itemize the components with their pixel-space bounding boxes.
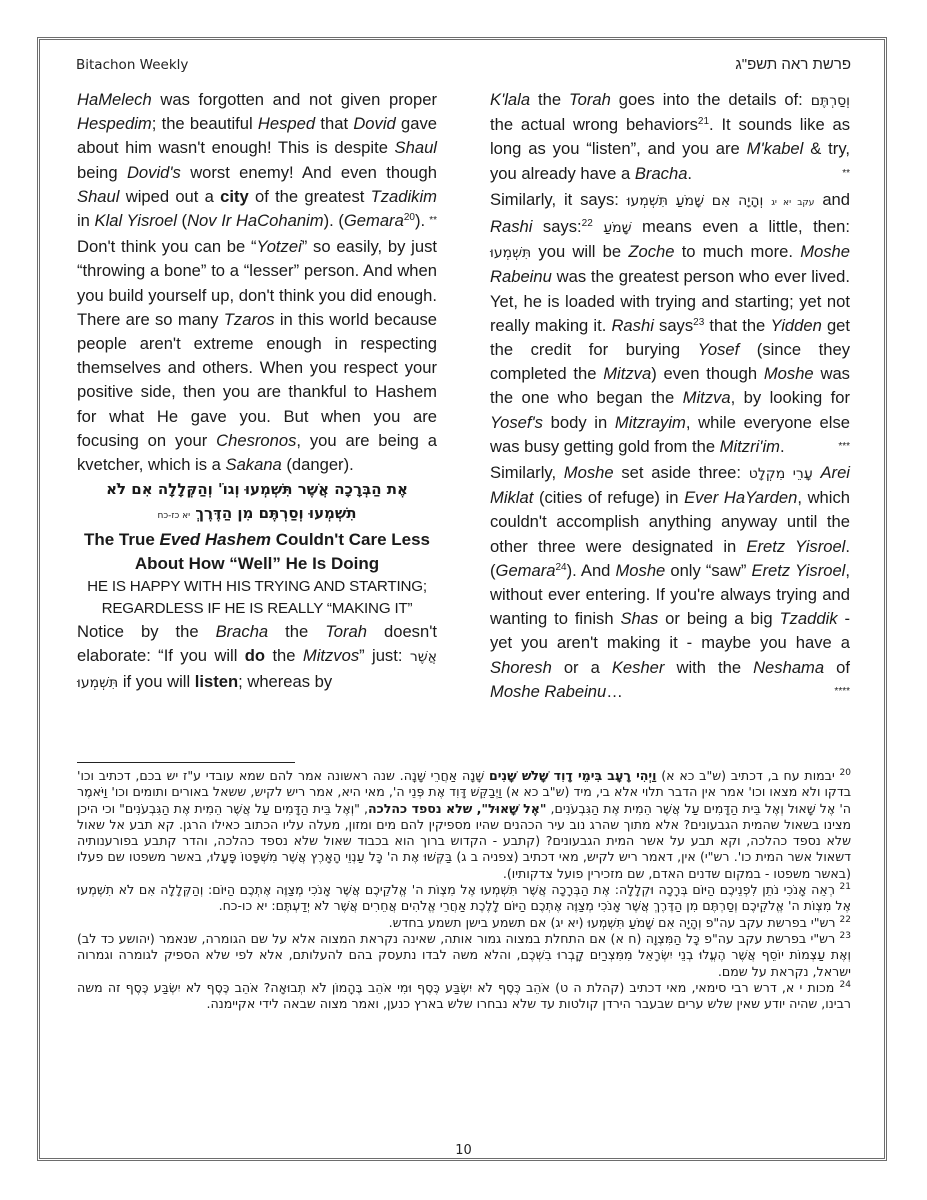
section-separator: *** <box>838 435 850 459</box>
footnote-number: 23 <box>840 931 851 941</box>
footnote-separator <box>77 762 295 763</box>
section-separator: ** <box>842 162 850 186</box>
paragraph: Notice by the Bracha the Torah doesn't e… <box>77 620 437 695</box>
verse-quote: אֶת הַבְּרָכָה אֲשֶׁר תִּשְׁמְעוּ וְגוֹ'… <box>77 477 437 528</box>
paragraph: K'lala the Torah goes into the details o… <box>490 88 850 186</box>
footnote-number: 21 <box>840 882 851 892</box>
section-headline: The True Eved Hashem Couldn't Care Less … <box>77 528 437 576</box>
footnote-24: 24 מכות י א, דרש רבי סימאי, מאי דכתיב (ק… <box>77 980 851 1013</box>
footnote-22: 22 רש"י בפרשת עקב עה"פ וְהָיָה אִם שָׁמֹ… <box>77 915 851 931</box>
footnote-ref[interactable]: 21 <box>698 116 709 127</box>
newsletter-title: Bitachon Weekly <box>76 57 188 73</box>
footnote-ref[interactable]: 23 <box>693 317 704 328</box>
parsha-title: פרשת ראה תשפ"ג <box>735 56 851 73</box>
paragraph: Don't think you can be “Yotzei” so easil… <box>77 235 437 477</box>
verse-reference: יא כז-כח <box>157 511 190 521</box>
verse-reference: עקב יא יג <box>771 198 814 208</box>
footnote-ref[interactable]: 20 <box>404 212 415 223</box>
left-column: HaMelech was forgotten and not given pro… <box>77 88 437 695</box>
footnote-23: 23 רש"י בפרשת עקב עה"פ כָּל הַמִּצְוָה (… <box>77 931 851 980</box>
footnote-number: 24 <box>840 980 851 990</box>
footnotes: 20 יבמות עח ב, דכתיב (ש"ב כא א) וַיְהִי … <box>77 768 851 1012</box>
footnote-ref[interactable]: 24 <box>555 562 566 573</box>
paragraph: Similarly, it says: וְהָיָה אִם שָׁמֹעַ … <box>490 188 850 459</box>
footnote-20: 20 יבמות עח ב, דכתיב (ש"ב כא א) וַיְהִי … <box>77 768 851 882</box>
paragraph: HaMelech was forgotten and not given pro… <box>77 88 437 233</box>
right-column: K'lala the Torah goes into the details o… <box>490 88 850 704</box>
section-separator: **** <box>834 680 850 704</box>
footnote-21: 21 רְאֵה אָנֹכִי נֹתֵן לִפְנֵיכֶם הַיּוֹ… <box>77 882 851 915</box>
paragraph: Similarly, Moshe set aside three: עָרֵי … <box>490 461 850 704</box>
footnote-number: 20 <box>840 768 851 778</box>
section-separator: ** <box>429 209 437 233</box>
footnote-number: 22 <box>840 915 851 925</box>
section-subheadline: HE IS HAPPY WITH HIS TRYING AND STARTING… <box>77 576 437 620</box>
page-number: 10 <box>0 1143 927 1158</box>
footnote-ref[interactable]: 22 <box>582 218 593 229</box>
